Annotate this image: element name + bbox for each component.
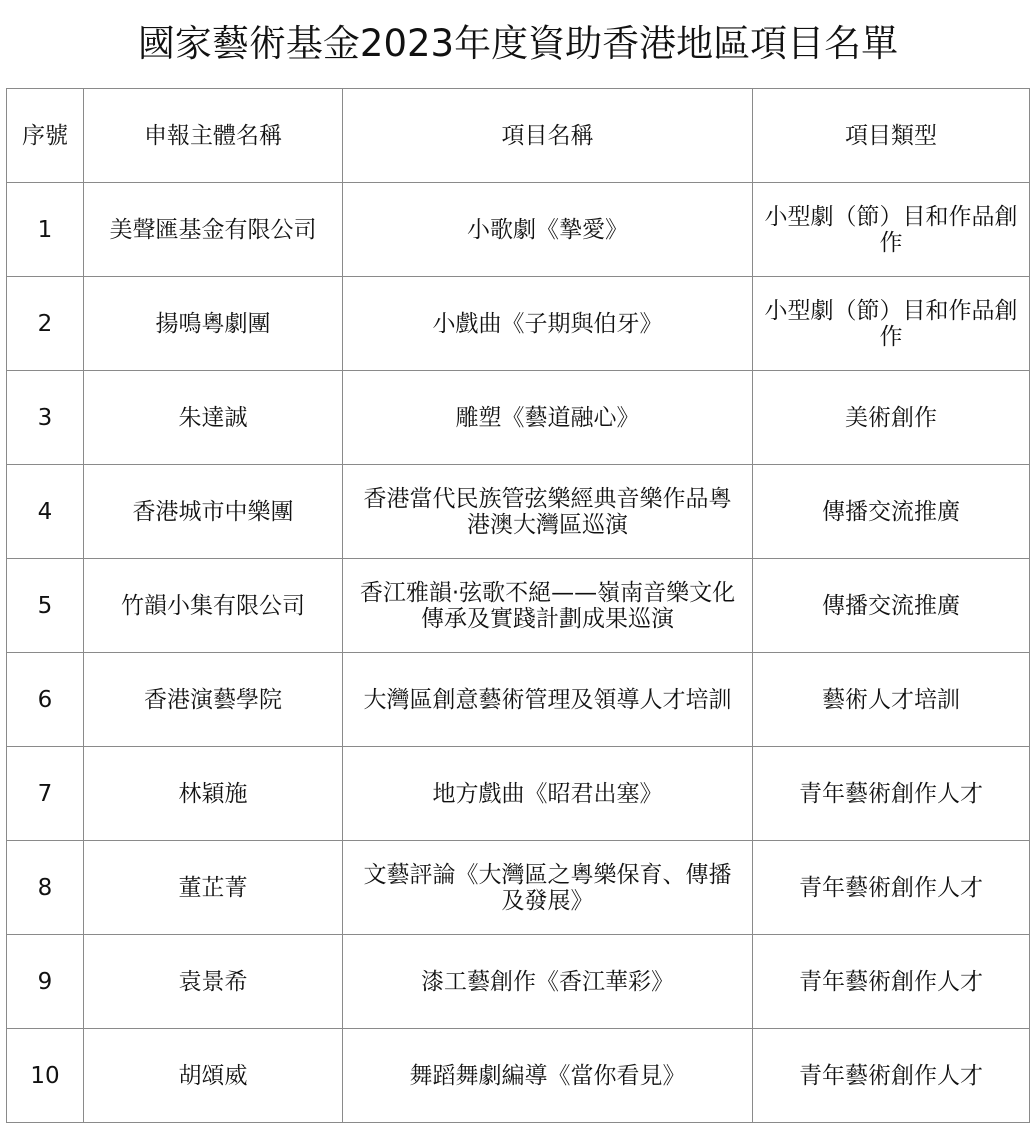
cell-serial-number: 4 — [7, 465, 84, 559]
cell-serial-number: 2 — [7, 277, 84, 371]
cell-applicant-name: 揚鳴粵劇團 — [84, 277, 343, 371]
cell-project-type: 青年藝術創作人才 — [753, 747, 1030, 841]
cell-serial-number: 7 — [7, 747, 84, 841]
cell-serial-number: 6 — [7, 653, 84, 747]
cell-applicant-name: 香港演藝學院 — [84, 653, 343, 747]
document-title: 國家藝術基金2023年度資助香港地區項目名單 — [0, 18, 1036, 70]
cell-applicant-name: 袁景希 — [84, 935, 343, 1029]
table-row: 3 朱達誠 雕塑《藝道融心》 美術創作 — [7, 371, 1030, 465]
cell-project-name: 小戲曲《子期與伯牙》 — [343, 277, 753, 371]
cell-project-type: 傳播交流推廣 — [753, 465, 1030, 559]
table-row: 6 香港演藝學院 大灣區創意藝術管理及領導人才培訓 藝術人才培訓 — [7, 653, 1030, 747]
header-project-name: 項目名稱 — [343, 89, 753, 183]
cell-project-name: 舞蹈舞劇編導《當你看見》 — [343, 1029, 753, 1123]
table-row: 9 袁景希 漆工藝創作《香江華彩》 青年藝術創作人才 — [7, 935, 1030, 1029]
cell-serial-number: 10 — [7, 1029, 84, 1123]
cell-project-type: 美術創作 — [753, 371, 1030, 465]
cell-applicant-name: 林穎施 — [84, 747, 343, 841]
cell-applicant-name: 香港城市中樂團 — [84, 465, 343, 559]
cell-project-name: 漆工藝創作《香江華彩》 — [343, 935, 753, 1029]
cell-project-name: 香港當代民族管弦樂經典音樂作品粵港澳大灣區巡演 — [343, 465, 753, 559]
cell-serial-number: 9 — [7, 935, 84, 1029]
table-row: 10 胡頌威 舞蹈舞劇編導《當你看見》 青年藝術創作人才 — [7, 1029, 1030, 1123]
cell-project-name: 小歌劇《摯愛》 — [343, 183, 753, 277]
cell-applicant-name: 胡頌威 — [84, 1029, 343, 1123]
header-applicant-name: 申報主體名稱 — [84, 89, 343, 183]
cell-project-type: 藝術人才培訓 — [753, 653, 1030, 747]
cell-project-type: 青年藝術創作人才 — [753, 841, 1030, 935]
cell-project-type: 小型劇（節）目和作品創作 — [753, 183, 1030, 277]
table-row: 7 林穎施 地方戲曲《昭君出塞》 青年藝術創作人才 — [7, 747, 1030, 841]
cell-project-name: 香江雅韻·弦歌不絕——嶺南音樂文化傳承及實踐計劃成果巡演 — [343, 559, 753, 653]
cell-project-name: 大灣區創意藝術管理及領導人才培訓 — [343, 653, 753, 747]
table-row: 5 竹韻小集有限公司 香江雅韻·弦歌不絕——嶺南音樂文化傳承及實踐計劃成果巡演 … — [7, 559, 1030, 653]
table-row: 4 香港城市中樂團 香港當代民族管弦樂經典音樂作品粵港澳大灣區巡演 傳播交流推廣 — [7, 465, 1030, 559]
table-header-row: 序號 申報主體名稱 項目名稱 項目類型 — [7, 89, 1030, 183]
cell-applicant-name: 朱達誠 — [84, 371, 343, 465]
cell-project-type: 青年藝術創作人才 — [753, 935, 1030, 1029]
funded-projects-table: 序號 申報主體名稱 項目名稱 項目類型 1 美聲匯基金有限公司 小歌劇《摯愛》 … — [6, 88, 1030, 1123]
header-serial-number: 序號 — [7, 89, 84, 183]
cell-applicant-name: 美聲匯基金有限公司 — [84, 183, 343, 277]
cell-project-name: 雕塑《藝道融心》 — [343, 371, 753, 465]
header-project-type: 項目類型 — [753, 89, 1030, 183]
cell-project-type: 小型劇（節）目和作品創作 — [753, 277, 1030, 371]
cell-project-name: 文藝評論《大灣區之粵樂保育、傳播及發展》 — [343, 841, 753, 935]
table-row: 1 美聲匯基金有限公司 小歌劇《摯愛》 小型劇（節）目和作品創作 — [7, 183, 1030, 277]
cell-serial-number: 1 — [7, 183, 84, 277]
cell-applicant-name: 董芷菁 — [84, 841, 343, 935]
cell-serial-number: 5 — [7, 559, 84, 653]
cell-project-type: 青年藝術創作人才 — [753, 1029, 1030, 1123]
table-row: 2 揚鳴粵劇團 小戲曲《子期與伯牙》 小型劇（節）目和作品創作 — [7, 277, 1030, 371]
cell-applicant-name: 竹韻小集有限公司 — [84, 559, 343, 653]
table-row: 8 董芷菁 文藝評論《大灣區之粵樂保育、傳播及發展》 青年藝術創作人才 — [7, 841, 1030, 935]
cell-project-type: 傳播交流推廣 — [753, 559, 1030, 653]
cell-serial-number: 3 — [7, 371, 84, 465]
cell-project-name: 地方戲曲《昭君出塞》 — [343, 747, 753, 841]
cell-serial-number: 8 — [7, 841, 84, 935]
